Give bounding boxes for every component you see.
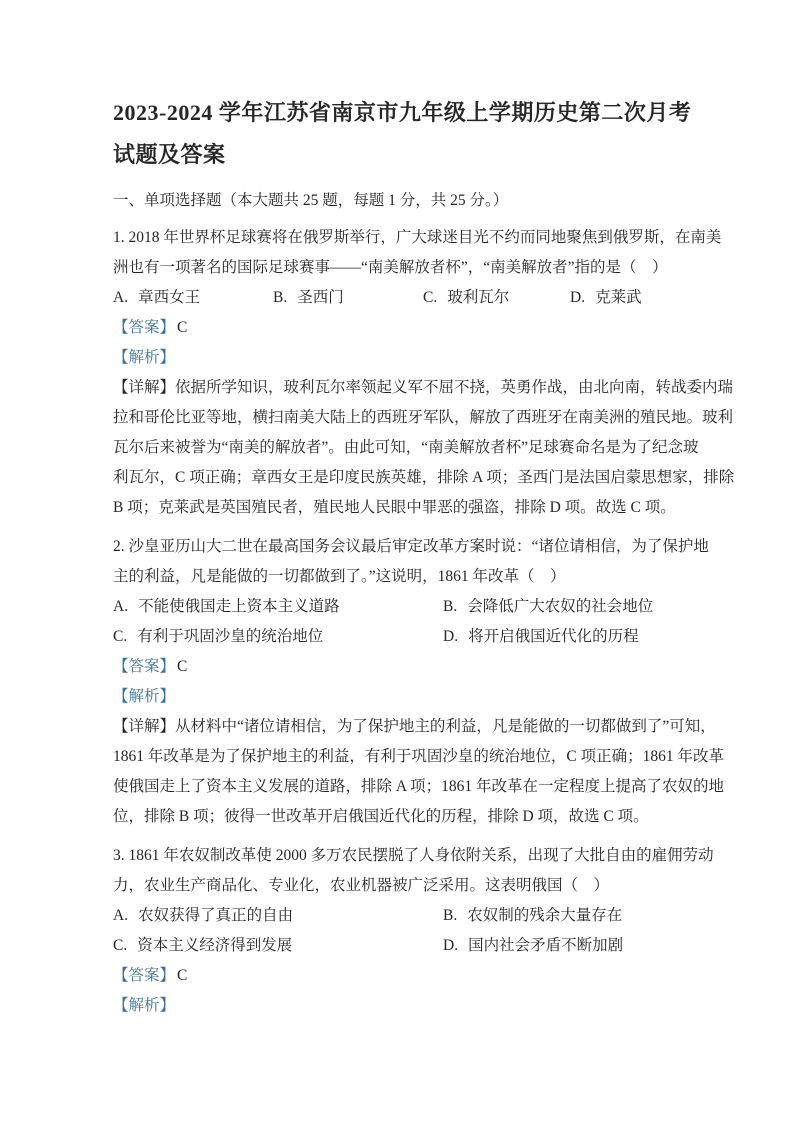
question-1-detail-line-2: 拉和哥伦比亚等地，横扫南美大陆上的西班牙军队，解放了西班牙在南美洲的殖民地。玻利 bbox=[113, 403, 685, 433]
question-2-option-d: D.将开启俄国近代化的历程 bbox=[443, 622, 639, 652]
answer-value: C bbox=[177, 658, 187, 675]
question-2-stem-line-2: 主的利益，凡是能做的一切都做到了。”这说明，1861 年改革（ ） bbox=[113, 562, 685, 592]
option-text: 资本主义经济得到发展 bbox=[137, 937, 292, 954]
question-3-stem-line-2: 力，农业生产商品化、专业化，农业机器被广泛采用。这表明俄国（ ） bbox=[113, 871, 685, 901]
question-3-options-row-cd: C.资本主义经济得到发展 D.国内社会矛盾不断加剧 bbox=[113, 931, 685, 961]
analysis-label: 【解析】 bbox=[113, 349, 175, 366]
option-text: 将开启俄国近代化的历程 bbox=[468, 628, 639, 645]
question-2-option-b: B.会降低广大农奴的社会地位 bbox=[443, 592, 653, 622]
question-2-stem-line-1: 2. 沙皇亚历山大二世在最高国务会议最后审定改革方案时说：“诸位请相信，为了保护… bbox=[113, 532, 685, 562]
question-1-analysis-line: 【解析】 bbox=[113, 343, 685, 373]
option-text: 农奴获得了真正的自由 bbox=[138, 907, 293, 924]
question-1-option-c: C.玻利瓦尔 bbox=[423, 283, 509, 313]
question-2-detail-line-3: 使俄国走上了资本主义发展的道路，排除 A 项；1861 年改革在一定程度上提高了… bbox=[113, 772, 685, 802]
question-1-detail-line-1: 【详解】依据所学知识，玻利瓦尔率领起义军不屈不挠，英勇作战，由北向南，转战委内瑞 bbox=[113, 373, 685, 403]
option-text: 农奴制的残余大量存在 bbox=[467, 907, 622, 924]
question-2-detail-line-1: 【详解】从材料中“诸位请相信，为了保护地主的利益，凡是能做的一切都做到了”可知， bbox=[113, 712, 685, 742]
answer-label: 【答案】 bbox=[113, 967, 175, 984]
answer-label: 【答案】 bbox=[113, 658, 175, 675]
question-1: 1. 2018 年世界杯足球赛将在俄罗斯举行，广大球迷目光不约而同地聚焦到俄罗斯… bbox=[113, 223, 685, 523]
question-3: 3. 1861 年农奴制改革使 2000 多万农民摆脱了人身依附关系，出现了大批… bbox=[113, 841, 685, 1021]
question-1-stem-line-2: 洲也有一项著名的国际足球赛事——“南美解放者杯”，“南美解放者”指的是（ ） bbox=[113, 253, 685, 283]
question-1-options-row: A.章西女王 B.圣西门 C.玻利瓦尔 D.克莱武 bbox=[113, 283, 685, 313]
option-text: 圣西门 bbox=[297, 289, 344, 306]
question-1-detail-line-4: 利瓦尔，C 项正确；章西女王是印度民族英雄，排除 A 项；圣西门是法国启蒙思想家… bbox=[113, 463, 685, 493]
option-text: 玻利瓦尔 bbox=[447, 289, 509, 306]
answer-value: C bbox=[177, 319, 187, 336]
section-heading: 一、单项选择题（本大题共 25 题，每题 1 分，共 25 分。） bbox=[113, 188, 685, 214]
document-page: 2023-2024 学年江苏省南京市九年级上学期历史第二次月考 试题及答案 一、… bbox=[0, 0, 793, 1122]
question-3-option-a: A.农奴获得了真正的自由 bbox=[113, 901, 293, 931]
question-2-options-row-ab: A.不能使俄国走上资本主义道路 B.会降低广大农奴的社会地位 bbox=[113, 592, 685, 622]
question-1-detail-line-3: 瓦尔后来被誉为“南美的解放者”。由此可知，“南美解放者杯”足球赛命名是为了纪念玻 bbox=[113, 433, 685, 463]
analysis-label: 【解析】 bbox=[113, 688, 175, 705]
analysis-label: 【解析】 bbox=[113, 997, 175, 1014]
question-2-option-a: A.不能使俄国走上资本主义道路 bbox=[113, 592, 340, 622]
question-2-options-row-cd: C.有利于巩固沙皇的统治地位 D.将开启俄国近代化的历程 bbox=[113, 622, 685, 652]
document-content: 2023-2024 学年江苏省南京市九年级上学期历史第二次月考 试题及答案 一、… bbox=[113, 92, 685, 1021]
answer-label: 【答案】 bbox=[113, 319, 175, 336]
title-line-2: 试题及答案 bbox=[113, 134, 685, 176]
question-3-answer-line: 【答案】C bbox=[113, 961, 685, 991]
question-3-analysis-line: 【解析】 bbox=[113, 991, 685, 1021]
question-1-option-a: A.章西女王 bbox=[113, 283, 200, 313]
option-text: 会降低广大农奴的社会地位 bbox=[467, 598, 653, 615]
option-text: 章西女王 bbox=[138, 289, 200, 306]
question-3-option-b: B.农奴制的残余大量存在 bbox=[443, 901, 622, 931]
option-text: 不能使俄国走上资本主义道路 bbox=[138, 598, 340, 615]
option-text: 有利于巩固沙皇的统治地位 bbox=[137, 628, 323, 645]
answer-value: C bbox=[177, 967, 187, 984]
question-1-stem-line-1: 1. 2018 年世界杯足球赛将在俄罗斯举行，广大球迷目光不约而同地聚焦到俄罗斯… bbox=[113, 223, 685, 253]
question-3-stem-line-1: 3. 1861 年农奴制改革使 2000 多万农民摆脱了人身依附关系，出现了大批… bbox=[113, 841, 685, 871]
question-2-analysis-line: 【解析】 bbox=[113, 682, 685, 712]
option-text: 克莱武 bbox=[595, 289, 642, 306]
question-3-option-c: C.资本主义经济得到发展 bbox=[113, 931, 292, 961]
option-text: 国内社会矛盾不断加剧 bbox=[468, 937, 623, 954]
title-line-1: 2023-2024 学年江苏省南京市九年级上学期历史第二次月考 bbox=[113, 92, 685, 134]
question-3-option-d: D.国内社会矛盾不断加剧 bbox=[443, 931, 623, 961]
question-2-option-c: C.有利于巩固沙皇的统治地位 bbox=[113, 622, 323, 652]
question-1-answer-line: 【答案】C bbox=[113, 313, 685, 343]
question-1-option-d: D.克莱武 bbox=[570, 283, 642, 313]
question-2-detail-line-2: 1861 年改革是为了保护地主的利益，有利于巩固沙皇的统治地位，C 项正确；18… bbox=[113, 742, 685, 772]
question-2-answer-line: 【答案】C bbox=[113, 652, 685, 682]
question-1-option-b: B.圣西门 bbox=[273, 283, 344, 313]
question-2: 2. 沙皇亚历山大二世在最高国务会议最后审定改革方案时说：“诸位请相信，为了保护… bbox=[113, 532, 685, 832]
question-3-options-row-ab: A.农奴获得了真正的自由 B.农奴制的残余大量存在 bbox=[113, 901, 685, 931]
document-title: 2023-2024 学年江苏省南京市九年级上学期历史第二次月考 试题及答案 bbox=[113, 92, 685, 176]
question-2-detail-line-4: 位，排除 B 项；彼得一世改革开启俄国近代化的历程，排除 D 项，故选 C 项。 bbox=[113, 802, 685, 832]
question-1-detail-line-5: B 项；克莱武是英国殖民者，殖民地人民眼中罪恶的强盗，排除 D 项。故选 C 项… bbox=[113, 493, 685, 523]
